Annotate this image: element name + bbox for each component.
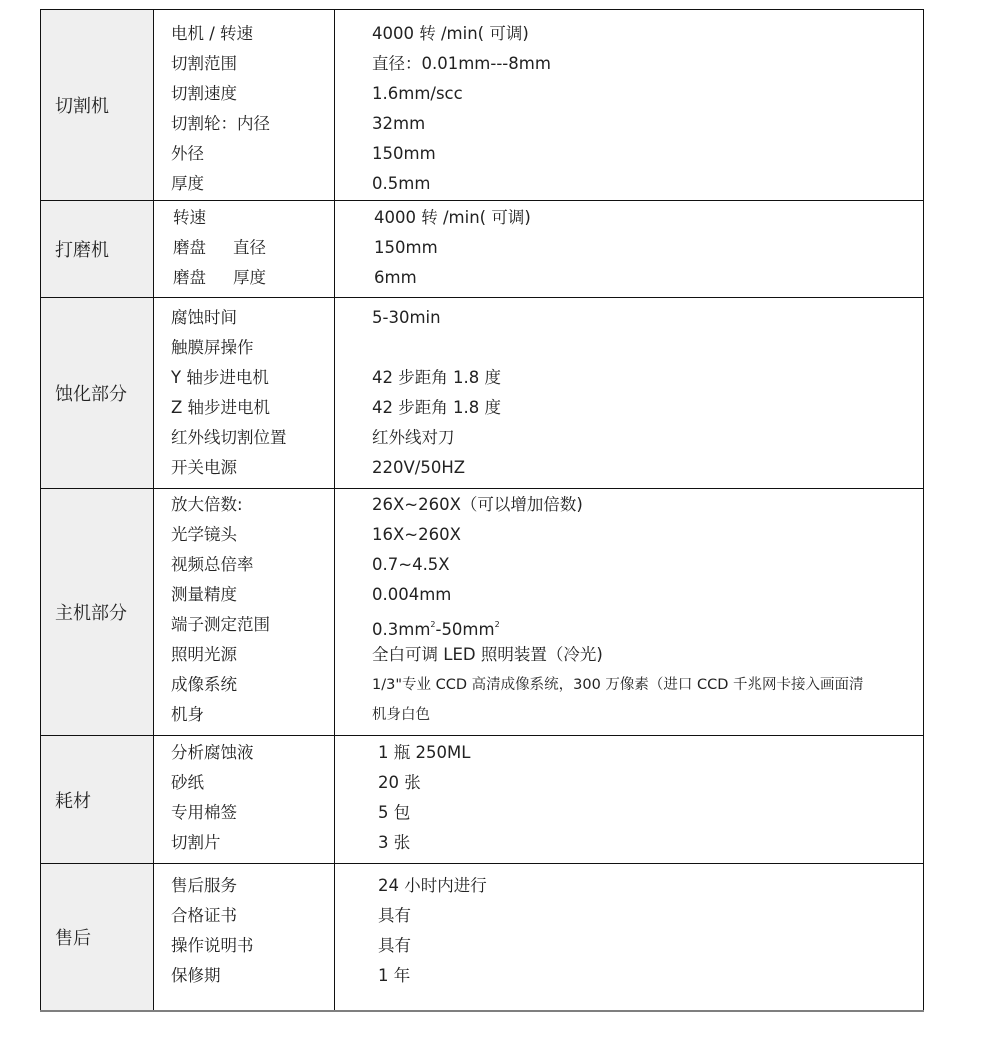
labels-cell: 售后服务 合格证书 操作说明书 保修期 [154, 864, 335, 1011]
spec-label: 保修期 [171, 961, 334, 991]
spec-label: 端子测定范围 [171, 610, 334, 640]
section-grinding-machine: 打磨机 转速 磨盘直径 磨盘厚度 4000 转 /min( 可调) 150mm … [41, 201, 924, 298]
labels-cell: 转速 磨盘直径 磨盘厚度 [154, 201, 335, 298]
spec-label: 切割轮：内径 [171, 109, 334, 139]
labels-cell: 腐蚀时间 触膜屏操作 Y 轴步进电机 Z 轴步进电机 红外线切割位置 开关电源 [154, 298, 335, 489]
spec-value: 42 步距角 1.8 度 [372, 363, 923, 393]
spec-label: 放大倍数: [171, 490, 334, 520]
spec-label: 切割速度 [171, 79, 334, 109]
category-cell: 耗材 [41, 736, 154, 864]
spec-label: 操作说明书 [171, 931, 334, 961]
spec-value: 42 步距角 1.8 度 [372, 393, 923, 423]
spec-label: 视频总倍率 [171, 550, 334, 580]
spec-label: 切割范围 [171, 49, 334, 79]
spec-label: 成像系统 [171, 670, 334, 700]
category-label: 蚀化部分 [55, 384, 127, 405]
spec-value: 24 小时内进行 [378, 871, 923, 901]
spec-label-part: 厚度 [233, 268, 266, 287]
labels-cell: 电机 / 转速 切割范围 切割速度 切割轮：内径 外径 厚度 [154, 10, 335, 201]
spec-value: 机身白色 [372, 700, 923, 730]
spec-value: 26X~260X（可以增加倍数) [372, 490, 923, 520]
spec-label: 电机 / 转速 [171, 19, 334, 49]
values-cell: 4000 转 /min( 可调) 直径：0.01mm---8mm 1.6mm/s… [335, 10, 924, 201]
spec-value: 20 张 [378, 768, 923, 798]
spec-label: 红外线切割位置 [171, 423, 334, 453]
spec-label: 砂纸 [171, 768, 334, 798]
spec-value: 150mm [372, 139, 923, 169]
category-label: 耗材 [55, 791, 91, 812]
spec-value: 0.7~4.5X [372, 550, 923, 580]
spec-label: 腐蚀时间 [171, 303, 334, 333]
section-after-sales: 售后 售后服务 合格证书 操作说明书 保修期 24 小时内进行 具有 具有 1 … [41, 864, 924, 1011]
spec-value: 4000 转 /min( 可调) [372, 19, 923, 49]
values-cell: 24 小时内进行 具有 具有 1 年 [335, 864, 924, 1011]
value-part: -50mm [435, 620, 494, 639]
category-cell: 打磨机 [41, 201, 154, 298]
spec-value: 3 张 [378, 828, 923, 858]
spec-value: 1/3"专业 CCD 高清成像系统，300 万像素（进口 CCD 千兆网卡接入画… [372, 670, 923, 700]
values-cell: 5-30min 42 步距角 1.8 度 42 步距角 1.8 度 红外线对刀 … [335, 298, 924, 489]
values-cell: 1 瓶 250ML 20 张 5 包 3 张 [335, 736, 924, 864]
labels-cell: 分析腐蚀液 砂纸 专用棉签 切割片 [154, 736, 335, 864]
spec-value: 全白可调 LED 照明装置（冷光) [372, 640, 923, 670]
category-cell: 切割机 [41, 10, 154, 201]
category-label: 打磨机 [55, 240, 109, 261]
spec-value [372, 333, 923, 363]
spec-label: 测量精度 [171, 580, 334, 610]
values-cell: 26X~260X（可以增加倍数) 16X~260X 0.7~4.5X 0.004… [335, 489, 924, 736]
spec-value: 32mm [372, 109, 923, 139]
spec-value: 红外线对刀 [372, 423, 923, 453]
spec-label: 售后服务 [171, 871, 334, 901]
section-cutting-machine: 切割机 电机 / 转速 切割范围 切割速度 切割轮：内径 外径 厚度 4000 … [41, 10, 924, 201]
category-label: 切割机 [55, 96, 109, 117]
spec-label: 开关电源 [171, 453, 334, 483]
spec-label: 外径 [171, 139, 334, 169]
spec-label: 转速 [173, 203, 334, 233]
spec-label: 照明光源 [171, 640, 334, 670]
spec-label-part: 磨盘 [173, 238, 206, 257]
spec-label: 触膜屏操作 [171, 333, 334, 363]
spec-value: 0.004mm [372, 580, 923, 610]
spec-label-part: 磨盘 [173, 268, 206, 287]
spec-label: 机身 [171, 700, 334, 730]
spec-label: Y 轴步进电机 [171, 363, 334, 393]
spec-label: 光学镜头 [171, 520, 334, 550]
spec-value: 0.5mm [372, 169, 923, 199]
category-cell: 蚀化部分 [41, 298, 154, 489]
spec-value: 150mm [374, 233, 923, 263]
spec-label: 合格证书 [171, 901, 334, 931]
spec-value: 220V/50HZ [372, 453, 923, 483]
values-cell: 4000 转 /min( 可调) 150mm 6mm [335, 201, 924, 298]
labels-cell: 放大倍数: 光学镜头 视频总倍率 测量精度 端子测定范围 照明光源 成像系统 机… [154, 489, 335, 736]
spec-value: 具有 [378, 931, 923, 961]
spec-value: 0.3mm2-50mm2 [372, 610, 923, 640]
spec-label: 分析腐蚀液 [171, 738, 334, 768]
category-label: 售后 [55, 928, 91, 949]
section-main-unit: 主机部分 放大倍数: 光学镜头 视频总倍率 测量精度 端子测定范围 照明光源 成… [41, 489, 924, 736]
spec-value: 4000 转 /min( 可调) [374, 203, 923, 233]
category-cell: 主机部分 [41, 489, 154, 736]
spec-label: 专用棉签 [171, 798, 334, 828]
category-cell: 售后 [41, 864, 154, 1011]
spec-label: 磨盘直径 [173, 233, 334, 263]
spec-value: 6mm [374, 263, 923, 293]
spec-label-part: 直径 [233, 238, 266, 257]
spec-value: 16X~260X [372, 520, 923, 550]
spec-value: 5-30min [372, 303, 923, 333]
spec-value: 具有 [378, 901, 923, 931]
spec-table: 切割机 电机 / 转速 切割范围 切割速度 切割轮：内径 外径 厚度 4000 … [40, 9, 924, 1012]
spec-value: 1 瓶 250ML [378, 738, 923, 768]
section-consumables: 耗材 分析腐蚀液 砂纸 专用棉签 切割片 1 瓶 250ML 20 张 5 包 … [41, 736, 924, 864]
spec-label: 磨盘厚度 [173, 263, 334, 293]
spec-label: 厚度 [171, 169, 334, 199]
superscript: 2 [495, 620, 500, 629]
spec-label: Z 轴步进电机 [171, 393, 334, 423]
spec-value: 直径：0.01mm---8mm [372, 49, 923, 79]
spec-value: 1 年 [378, 961, 923, 991]
section-etching: 蚀化部分 腐蚀时间 触膜屏操作 Y 轴步进电机 Z 轴步进电机 红外线切割位置 … [41, 298, 924, 489]
spec-label: 切割片 [171, 828, 334, 858]
value-part: 0.3mm [372, 620, 430, 639]
category-label: 主机部分 [55, 603, 127, 624]
spec-value: 5 包 [378, 798, 923, 828]
spec-value: 1.6mm/scc [372, 79, 923, 109]
